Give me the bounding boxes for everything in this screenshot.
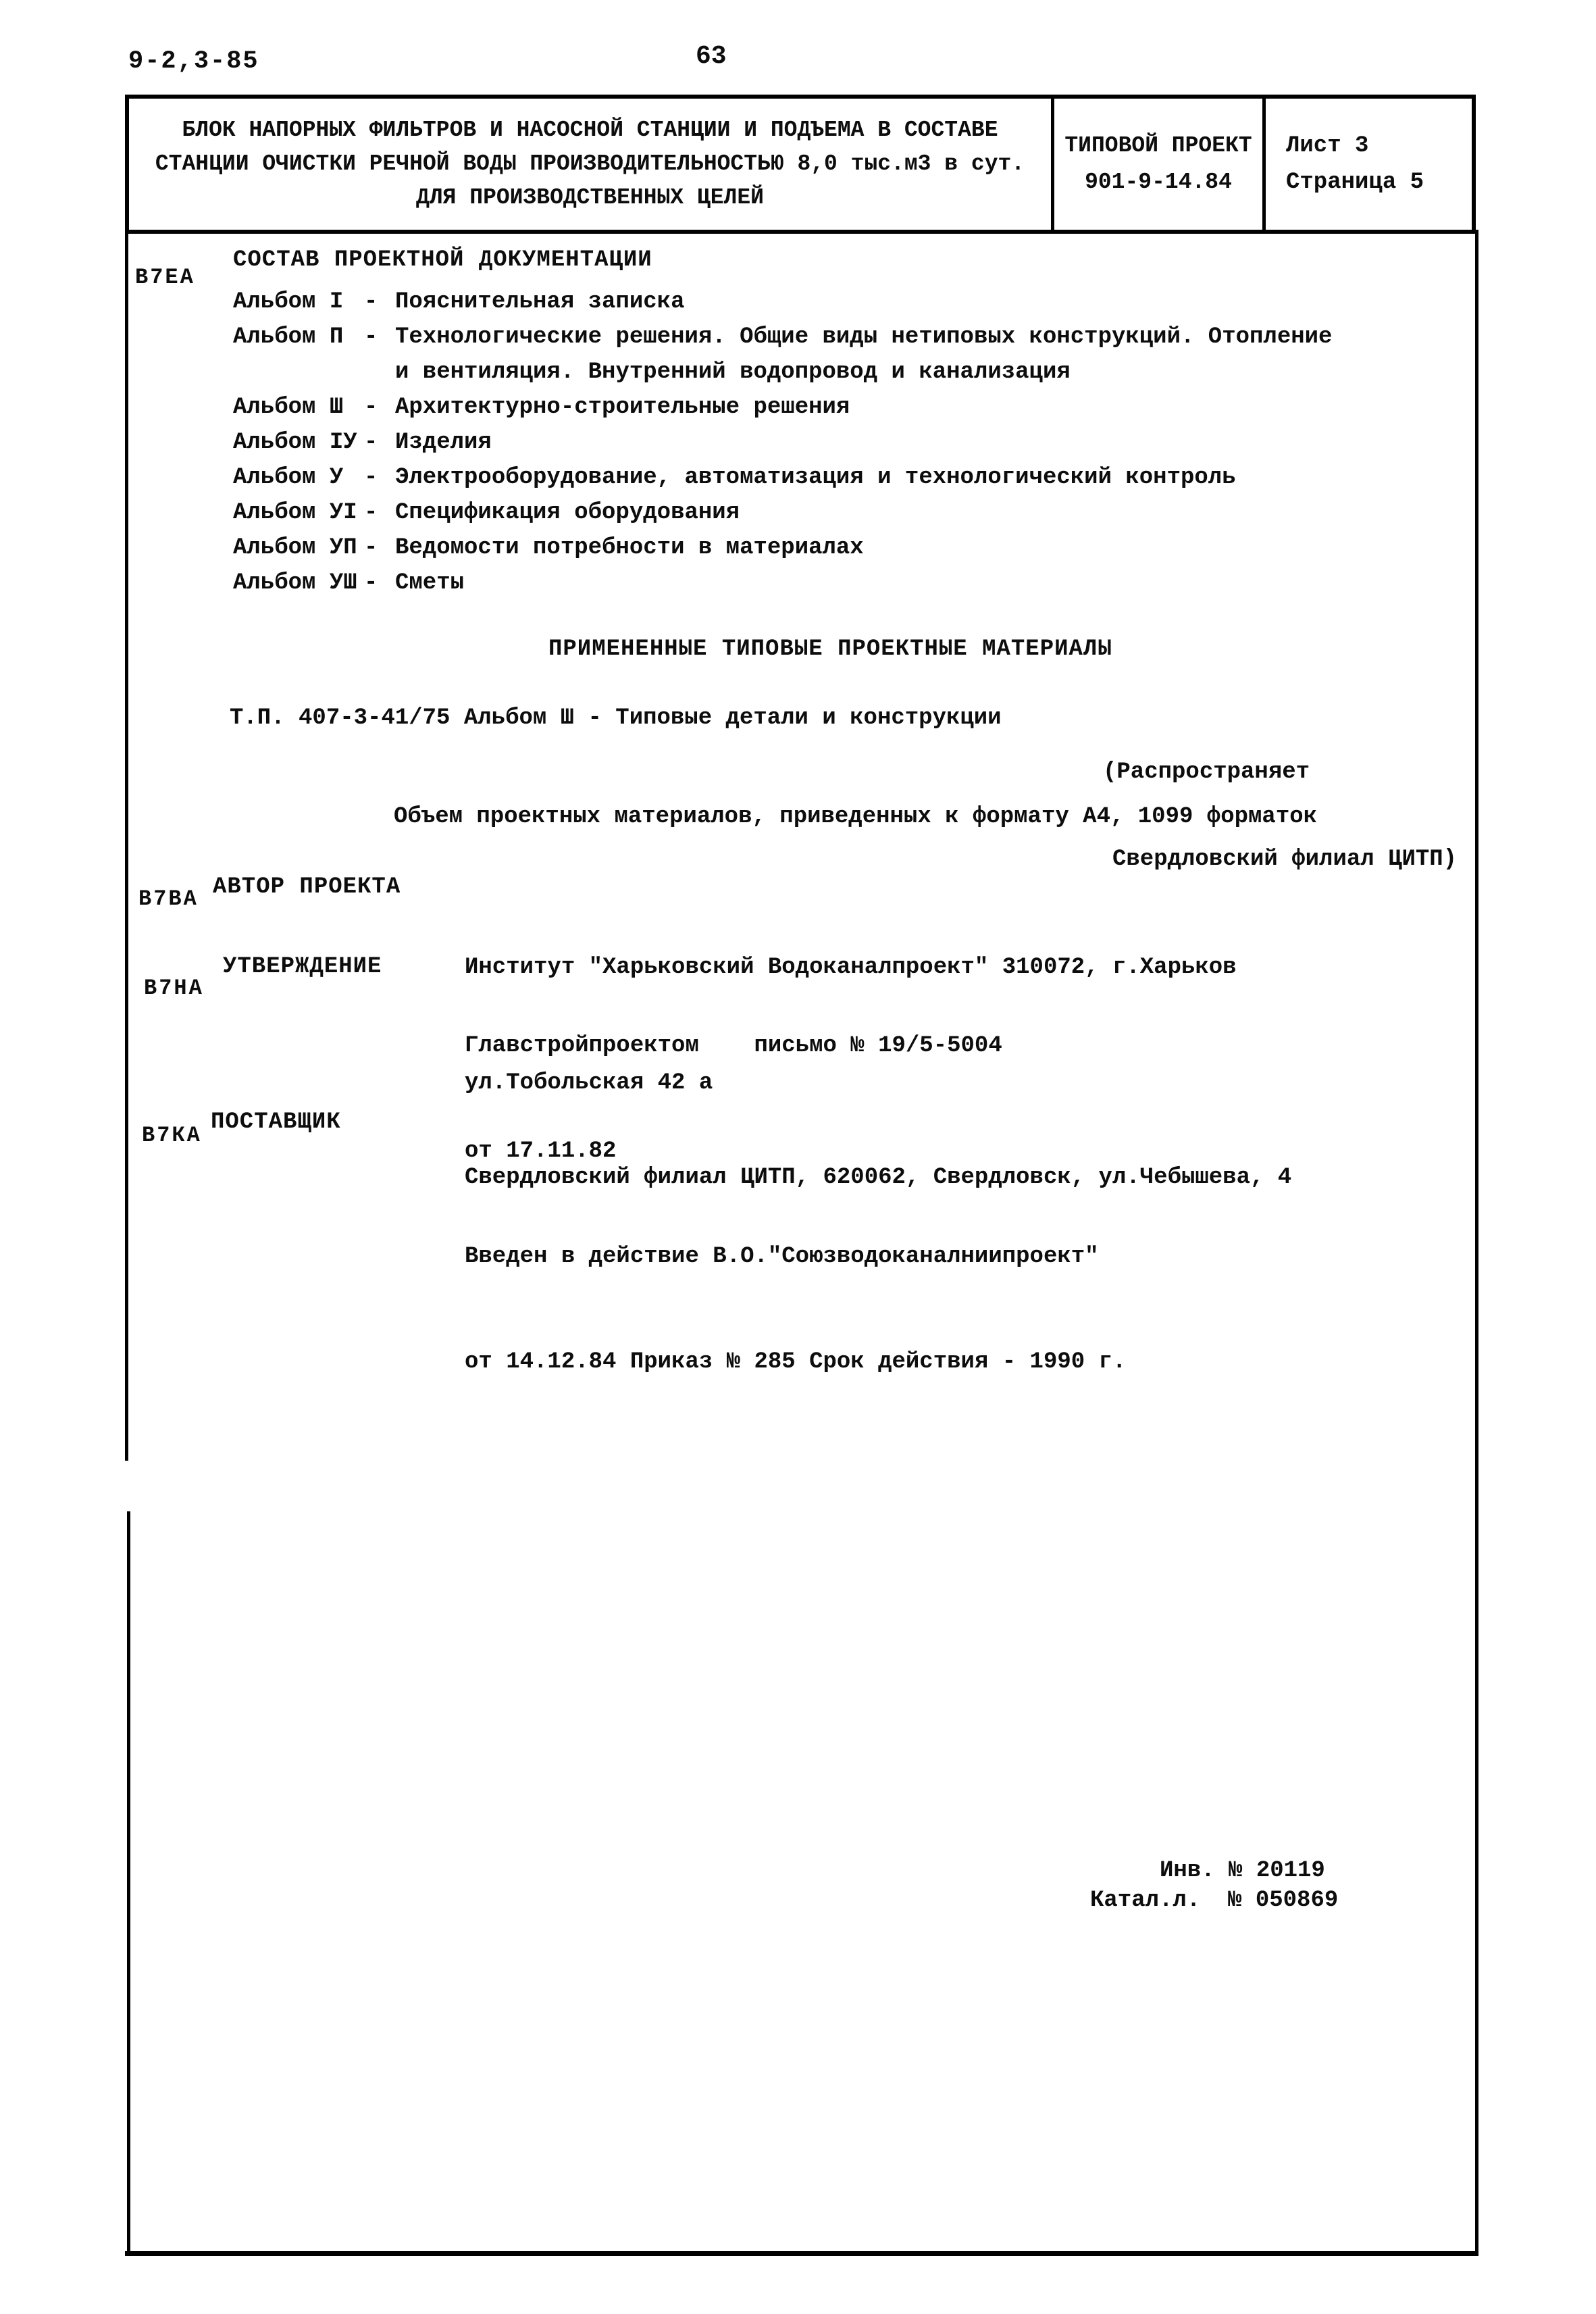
page-label: Страница 5 [1286,164,1424,201]
album-desc: Пояснительная записка [395,289,684,315]
album-name: Альбом П [233,324,364,350]
album-row: Альбом I - Пояснительная записка [233,289,1332,324]
document-code: 9-2,3-85 [128,47,259,76]
title-block-table: БЛОК НАПОРНЫХ ФИЛЬТРОВ И НАСОСНОЙ СТАНЦИ… [125,95,1476,234]
album-name: Альбом УI [233,500,364,526]
album-row: Альбом УП - Ведомости потребности в мате… [233,535,1332,570]
album-list: Альбом I - Пояснительная записка Альбом … [233,289,1332,605]
album-dash: - [364,395,395,420]
distributor-note-line1: (Распространяет [1103,758,1457,787]
album-dash: - [364,500,395,526]
album-dash: - [364,570,395,596]
sheet-page-cell: Лист 3 Страница 5 [1266,99,1472,230]
sheet-number: Лист 3 [1286,128,1368,164]
project-title-line3: ДЛЯ ПРОИЗВОДСТВЕННЫХ ЦЕЛЕЙ [416,181,764,215]
album-name: Альбом У [233,465,364,491]
project-title-line2: СТАНЦИИ ОЧИСТКИ РЕЧНОЙ ВОДЫ ПРОИЗВОДИТЕЛ… [155,147,1025,181]
author-label: АВТОР ПРОЕКТА [213,874,401,900]
left-border-line-lower [127,1511,130,2255]
album-row: Альбом УI - Спецификация оборудования [233,500,1332,535]
album-dash: - [364,465,395,491]
album-name: Альбом УП [233,535,364,561]
margin-marker-b7va: В7ВА [138,886,199,911]
catalog-number: Катал.л. № 050869 [1090,1888,1338,1913]
applied-materials-entry: Т.П. 407-3-41/75 Альбом Ш - Типовые дета… [230,705,1002,731]
album-row: Альбом У - Электрооборудование, автомати… [233,465,1332,500]
right-border-line [1475,230,1478,2255]
album-name: Альбом УШ [233,570,364,596]
project-type-label: ТИПОВОЙ ПРОЕКТ [1064,128,1252,164]
album-row: Альбом УШ - Сметы [233,570,1332,605]
supplier-line1: Свердловский филиал ЦИТП, 620062, Свердл… [465,1165,1291,1190]
approval-line1: Главстройпроектом письмо № 19/5-5004 [465,1028,1126,1063]
album-dash: - [364,324,395,350]
left-border-line-upper [125,230,128,1461]
album-name: Альбом IУ [233,430,364,455]
album-row: Альбом Ш - Архитектурно-строительные реш… [233,395,1332,430]
approval-line3: Введен в действие В.О."Союзводоканалниип… [465,1239,1126,1274]
album-row-continuation: и вентиляция. Внутренний водопровод и ка… [233,359,1332,395]
composition-heading: СОСТАВ ПРОЕКТНОЙ ДОКУМЕНТАЦИИ [233,247,652,273]
approval-label: УТВЕРЖДЕНИЕ [223,954,382,980]
project-number: 901-9-14.84 [1085,164,1232,201]
supplier-label: ПОСТАВЩИК [211,1109,341,1135]
applied-materials-heading: ПРИМЕНЕННЫЕ ТИПОВЫЕ ПРОЕКТНЫЕ МАТЕРИАЛЫ [548,636,1112,662]
album-dash: - [364,535,395,561]
margin-marker-b7na: В7НА [144,976,204,1001]
project-number-cell: ТИПОВОЙ ПРОЕКТ 901-9-14.84 [1054,99,1266,230]
album-dash: - [364,430,395,455]
album-desc: Сметы [395,570,464,596]
inventory-number: Инв. № 20119 [1160,1858,1325,1884]
approval-line4: от 14.12.84 Приказ № 285 Срок действия -… [465,1344,1126,1380]
margin-marker-b7ka: В7КА [142,1123,202,1148]
album-desc: Изделия [395,430,492,455]
project-title-line1: БЛОК НАПОРНЫХ ФИЛЬТРОВ И НАСОСНОЙ СТАНЦИ… [182,114,998,147]
scanned-document-page: 9-2,3-85 63 БЛОК НАПОРНЫХ ФИЛЬТРОВ И НАС… [0,0,1596,2314]
album-name: Альбом I [233,289,364,315]
page-number: 63 [696,42,727,71]
album-desc: Архитектурно-строительные решения [395,395,850,420]
album-desc: Ведомости потребности в материалах [395,535,864,561]
distributor-note-line2: Свердловский филиал ЦИТП) [1112,845,1457,874]
album-desc: Спецификация оборудования [395,500,740,526]
album-row: Альбом П - Технологические решения. Общи… [233,324,1332,359]
project-title-cell: БЛОК НАПОРНЫХ ФИЛЬТРОВ И НАСОСНОЙ СТАНЦИ… [129,99,1054,230]
margin-marker-b7ea: В7ЕА [135,265,195,290]
album-desc: Электрооборудование, автоматизация и тех… [395,465,1236,491]
album-dash: - [364,289,395,315]
supplier-value: Свердловский филиал ЦИТП, 620062, Свердл… [465,1113,1291,1242]
album-desc: Технологические решения. Общие виды нети… [395,324,1332,350]
album-desc-continuation: и вентиляция. Внутренний водопровод и ка… [395,359,1071,385]
album-name: Альбом Ш [233,395,364,420]
album-row: Альбом IУ - Изделия [233,430,1332,465]
volume-note: Объем проектных материалов, приведенных … [394,804,1317,830]
bottom-border-line [125,2251,1478,2256]
